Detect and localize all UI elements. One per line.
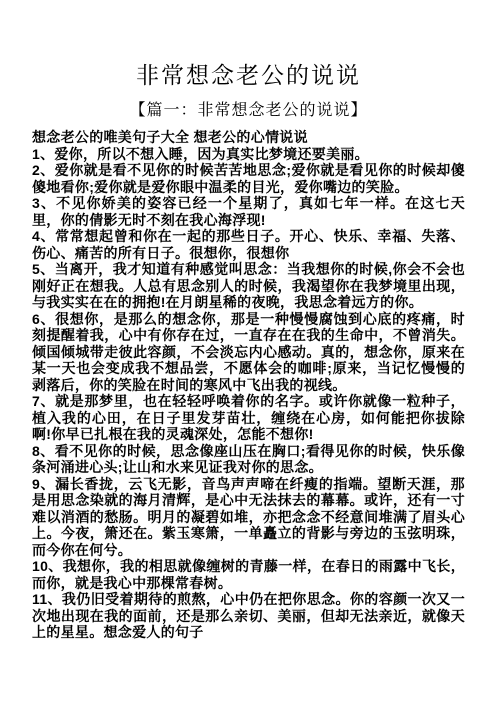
paragraph: 2、爱你就是看不见你的时候苦苦地思念;爱你就是看见你的时候却傻傻地看你;爱你就是… (32, 162, 465, 195)
paragraph: 4、常常想起曾和你在一起的那些日子。开心、快乐、幸福、失落、伤心、痛苦的所有日子… (32, 228, 465, 261)
paragraph: 10、我想你，我的相思就像缠树的青藤一样，在春日的雨露中飞长，而你，就是我心中那… (32, 558, 465, 591)
paragraph: 3、不见你娇美的姿容已经一个星期了，真如七年一样。在这七天里，你的倩影无时不刻在… (32, 195, 465, 228)
document-page: 非常想念老公的说说 【篇一：非常想念老公的说说】 想念老公的唯美句子大全 想老公… (0, 0, 496, 702)
paragraph: 想念老公的唯美句子大全 想老公的心情说说 (32, 129, 465, 146)
paragraph: 7、就是那梦里，也在轻轻呼唤着你的名字。或许你就像一粒种子，植入我的心田，在日子… (32, 393, 465, 443)
paragraph: 5、当离开，我才知道有种感觉叫思念：当我想你的时候,你会不会也刚好正在想我。人总… (32, 261, 465, 311)
page-title: 非常想念老公的说说 (32, 57, 465, 90)
paragraph: 8、看不见你的时候，思念像座山压在胸口;看得见你的时候，快乐像条河涌进心头;让山… (32, 443, 465, 476)
paragraph: 9、漏长香拢，云飞无影，音鸟声声啼在纤瘦的指端。望断天涯，那是用思念染就的海月清… (32, 476, 465, 559)
page-subtitle: 【篇一：非常想念老公的说说】 (32, 97, 465, 120)
paragraph: 1、爱你，所以不想入睡，因为真实比梦境还要美丽。 (32, 146, 465, 163)
paragraph: 6、很想你，是那么的想念你，那是一种慢慢腐蚀到心底的疼痛，时刻提醒着我，心中有你… (32, 311, 465, 394)
body-paragraphs: 想念老公的唯美句子大全 想老公的心情说说1、爱你，所以不想入睡，因为真实比梦境还… (32, 129, 465, 641)
paragraph: 11、我仍旧受着期待的煎熬，心中仍在把你思念。你的容颜一次又一次地出现在我的面前… (32, 591, 465, 641)
